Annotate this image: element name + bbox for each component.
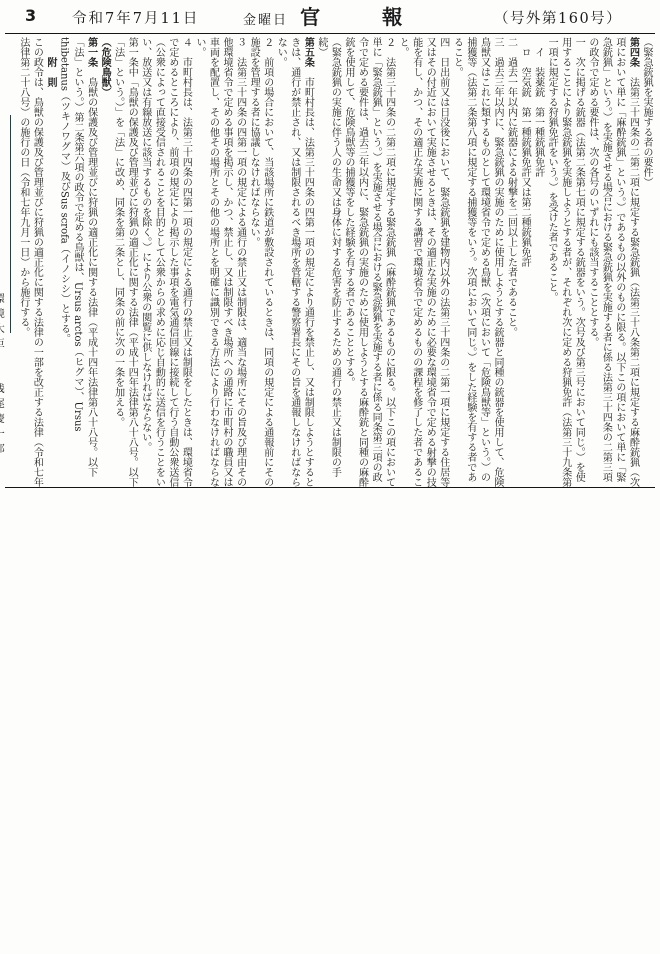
publication-title: 官報 [300,1,464,30]
paragraph: ２ 前項の場合において、当該場所に鉄道が敷設されているときは、同項の規定による通… [247,37,274,487]
paragraph-text: 二 過去一年以内に銃器による射撃を二回以上した者であること。 [506,37,517,337]
paragraph: （危険鳥獣） [98,37,112,487]
article-number: 第四条 [627,37,638,67]
paragraph: 一 次に掲げる銃器（法第二条第七項に規定する銃器をいう。次号及び第三号において同… [545,37,586,487]
paragraph-text: 附 則 [45,57,56,87]
paragraph-text: （緊急銃猟の実施に伴う人の生命又は身体に対する危害を防止するための通行の禁止又は… [316,37,341,477]
paragraph-text: ３ 法第三十四条の四第一項の規定による通行の禁止又は制限は、適当な場所にその旨及… [194,37,246,487]
paragraph-text: ２ 前項の場合において、当該場所に鉄道が敷設されているときは、同項の規定による通… [248,37,273,487]
paragraph: この政令は、鳥獣の保護及び管理並びに狩猟の適正化に関する法律の一部を改正する法律… [16,37,43,487]
paragraph: 二 過去一年以内に銃器による射撃を二回以上した者であること。 [504,37,518,487]
paragraph: ２ 法第三十四条の二第二項に規定する緊急銃猟（麻酔銃猟であるものに限る。以下この… [341,37,395,487]
paragraph-text: 市町村長は、法第三十四条の四第一項の規定により通行を禁止し、又は制限しようとする… [275,37,313,487]
article-paragraph: 第一条 鳥獣の保護及び管理並びに狩猟の適正化に関する法律（平成十四年法律第八十八… [57,37,98,487]
paragraph: （緊急銃猟の実施に伴う人の生命又は身体に対する危害を防止するための通行の禁止又は… [314,37,341,487]
article-paragraph: 第五条 市町村長は、法第三十四条の四第一項の規定により通行を禁止し、又は制限しよ… [274,37,315,487]
paragraph: （緊急銃猟を実施する者の要件） [639,37,653,487]
paragraph: 第一条中「鳥獣の保護及び管理並びに狩猟の適正化に関する法律（平成十四年法律第八十… [111,37,138,487]
paragraph: 四 日出前又は日没後において、緊急銃猟を建物内以外の法第三十四条の二第一項に規定… [396,37,450,487]
paragraph-text: 一 次に掲げる銃器（法第二条第七項に規定する銃器をいう。次号及び第三号において同… [546,37,584,487]
paragraph-text: この政令は、鳥獣の保護及び管理並びに狩猟の適正化に関する法律の一部を改正する法律… [18,37,43,487]
paragraph: 三 過去三年以内に、緊急銃猟の実施のために使用しようとする銃器と同種の銃器を使用… [450,37,504,487]
paragraph: イ 装薬銃 第一種銃猟免許 [531,37,545,487]
issue-date: 令和7年7月11日 [72,7,199,28]
signer-name: 浅尾慶一郎 [0,383,3,458]
paragraph-text: 三 過去三年以内に、緊急銃猟の実施のために使用しようとする銃器と同種の銃器を使用… [451,37,503,487]
paragraph-text: 四 日出前又は日没後において、緊急銃猟を建物内以外の法第三十四条の二第一項に規定… [397,37,449,487]
paragraph: 附 則 [43,37,57,487]
paragraph-text: イ 装薬銃 第一種銃猟免許 [533,47,544,177]
paragraph-text: ２ 法第三十四条の二第二項に規定する緊急銃猟（麻酔銃猟であるものに限る。以下この… [343,37,395,487]
paragraph-text: （緊急銃猟を実施する者の要件） [641,37,652,187]
signature-line: 環境大臣 浅尾慶一郎 [0,37,4,487]
paragraph-text: 法第三十四条の二第二項に規定する緊急銃猟（法第三十八条第二項に規定する麻酔銃猟（… [587,37,639,487]
paragraph-text: （危険鳥獣） [99,37,110,97]
issue-weekday: 金曜日 [243,9,288,28]
article-number: 第五条 [302,37,313,67]
law-text-block: （緊急銃猟を実施する者の要件）第四条 法第三十四条の二第二項に規定する緊急銃猟（… [7,37,653,487]
signer-title: 環境大臣 [0,293,3,353]
page-number: 3 [25,6,36,25]
page-header: 3 令和7年7月11日 金曜日 官報 （号外第160号） [0,0,660,33]
article-paragraph: 第四条 法第三十四条の二第二項に規定する緊急銃猟（法第三十八条第二項に規定する麻… [585,37,639,487]
header-divider [5,33,655,34]
paragraph: ロ 空気銃 第一種銃猟免許又は第二種銃猟免許 [518,37,532,487]
signature-divider [10,115,11,333]
paragraph-text: ロ 空気銃 第一種銃猟免許又は第二種銃猟免許 [519,47,530,267]
paragraph-text: 第一条中「鳥獣の保護及び管理並びに狩猟の適正化に関する法律（平成十四年法律第八十… [113,37,138,487]
article-number: 第一条 [86,37,97,67]
paragraph-text: ４ 市町村長は、法第三十四条の四第一項の規定による通行の禁止又は制限をしたときは… [140,37,192,487]
gazette-page: 3 令和7年7月11日 金曜日 官報 （号外第160号） （緊急銃猟を実施する者… [0,0,660,954]
issue-number: （号外第160号） [494,7,622,28]
paragraph: ４ 市町村長は、法第三十四条の四第一項の規定による通行の禁止又は制限をしたときは… [138,37,192,487]
footer-divider [5,487,655,488]
paragraph-text: 鳥獣の保護及び管理並びに狩猟の適正化に関する法律（平成十四年法律第八十八号。以下… [58,37,96,477]
paragraph: ３ 法第三十四条の四第一項の規定による通行の禁止又は制限は、適当な場所にその旨及… [192,37,246,487]
